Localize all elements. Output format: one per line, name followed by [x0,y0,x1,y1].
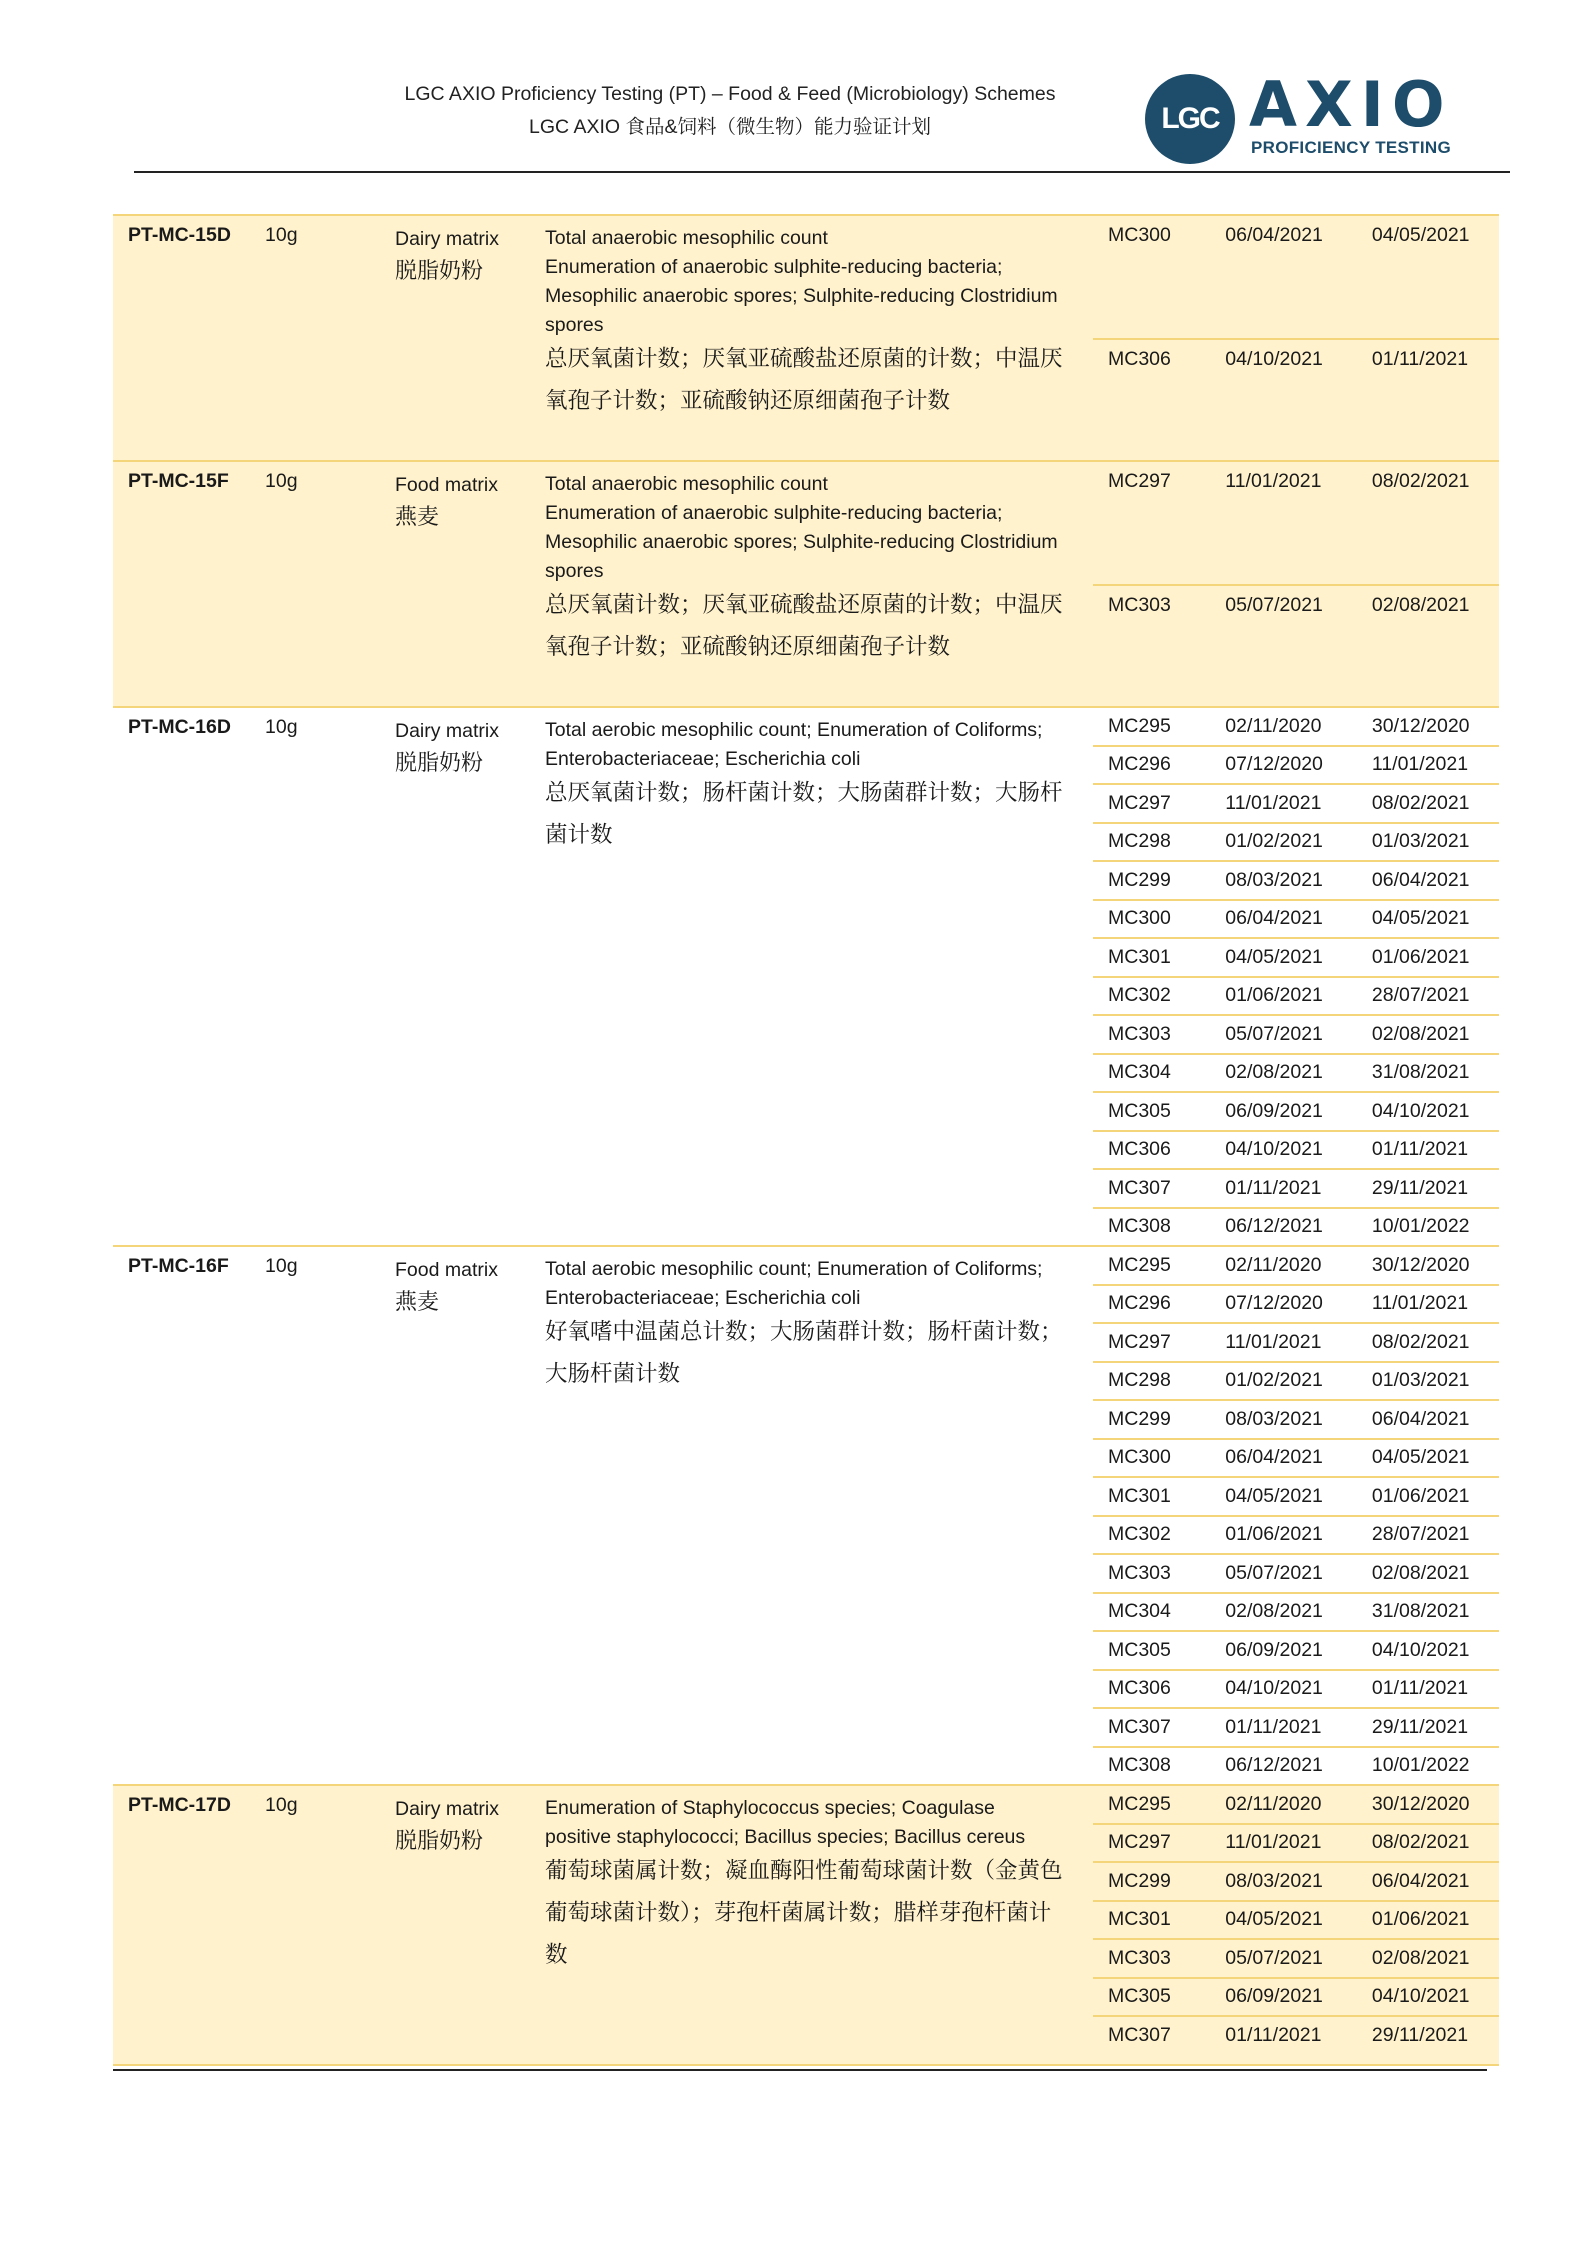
round-code: MC302 [1093,984,1225,1007]
matrix-cn: 燕麦 [395,500,545,534]
lgc-logo-icon: LGC [1145,74,1235,164]
matrix-cn: 脱脂奶粉 [395,1824,545,1858]
round-row: MC30305/07/202102/08/2021 [1093,1014,1499,1053]
round-end-date: 10/01/2022 [1372,1754,1499,1777]
round-end-date: 01/06/2021 [1372,946,1499,969]
sample-size: 10g [263,708,395,1245]
round-code: MC295 [1093,1254,1225,1277]
round-start-date: 04/05/2021 [1225,1908,1372,1931]
round-start-date: 01/02/2021 [1225,830,1372,853]
round-code: MC299 [1093,869,1225,892]
round-start-date: 05/07/2021 [1225,594,1372,617]
lgc-axio-logo: LGC AXIO PROFICIENCY TESTING [1145,72,1485,168]
sample-size: 10g [263,462,395,706]
header-title-cn: LGC AXIO 食品&饲料（微生物）能力验证计划 [360,111,1100,144]
round-end-date: 02/08/2021 [1372,594,1499,617]
matrix-en: Dairy matrix [395,1794,545,1824]
round-end-date: 04/10/2021 [1372,1100,1499,1123]
round-start-date: 04/10/2021 [1225,1138,1372,1161]
round-row: MC29908/03/202106/04/2021 [1093,860,1499,899]
round-start-date: 06/09/2021 [1225,1100,1372,1123]
round-row: MC30506/09/202104/10/2021 [1093,1091,1499,1130]
round-row: MC30506/09/202104/10/2021 [1093,1977,1499,2016]
round-start-date: 11/01/2021 [1225,470,1372,493]
round-start-date: 08/03/2021 [1225,1408,1372,1431]
round-end-date: 01/06/2021 [1372,1485,1499,1508]
matrix-cn: 脱脂奶粉 [395,254,545,288]
scheme-code: PT-MC-17D [113,1786,263,2054]
matrix-cell: Dairy matrix脱脂奶粉 [395,708,545,1245]
round-end-date: 01/03/2021 [1372,830,1499,853]
round-code: MC302 [1093,1523,1225,1546]
analytes-cn: 总厌氧菌计数；厌氧亚硫酸盐还原菌的计数；中温厌氧孢子计数；亚硫酸钠还原细菌孢子计… [545,338,1065,422]
round-end-date: 11/01/2021 [1372,753,1499,776]
scheme-group: PT-MC-16F10gFood matrix燕麦Total aerobic m… [113,1245,1499,1784]
round-row: MC30305/07/202102/08/2021 [1093,584,1499,706]
round-start-date: 04/05/2021 [1225,946,1372,969]
scheme-code: PT-MC-15F [113,462,263,706]
round-start-date: 08/03/2021 [1225,1870,1372,1893]
analytes-cell: Enumeration of Staphylococcus species; C… [545,1786,1075,2054]
round-code: MC297 [1093,470,1225,493]
round-code: MC308 [1093,1754,1225,1777]
round-row: MC29908/03/202106/04/2021 [1093,1399,1499,1438]
round-code: MC300 [1093,1446,1225,1469]
round-row: MC30006/04/202104/05/2021 [1093,1438,1499,1477]
round-end-date: 28/07/2021 [1372,984,1499,1007]
round-end-date: 01/03/2021 [1372,1369,1499,1392]
round-start-date: 05/07/2021 [1225,1947,1372,1970]
round-row: MC30701/11/202129/11/2021 [1093,1168,1499,1207]
matrix-cell: Food matrix燕麦 [395,1247,545,1784]
analytes-en: Total anaerobic mesophilic count Enumera… [545,470,1065,586]
analytes-cell: Total aerobic mesophilic count; Enumerat… [545,1247,1075,1784]
round-code: MC306 [1093,1677,1225,1700]
round-row: MC30402/08/202131/08/2021 [1093,1592,1499,1631]
round-end-date: 30/12/2020 [1372,1793,1499,1816]
round-row: MC29502/11/202030/12/2020 [1093,1247,1499,1284]
round-end-date: 08/02/2021 [1372,470,1499,493]
round-code: MC303 [1093,1947,1225,1970]
header-divider [134,171,1510,173]
round-row: MC30806/12/202110/01/2022 [1093,1746,1499,1785]
round-row: MC29607/12/202011/01/2021 [1093,745,1499,784]
round-start-date: 01/06/2021 [1225,984,1372,1007]
round-start-date: 01/11/2021 [1225,2024,1372,2047]
matrix-cn: 脱脂奶粉 [395,746,545,780]
round-row: MC30806/12/202110/01/2022 [1093,1207,1499,1246]
round-start-date: 04/10/2021 [1225,1677,1372,1700]
round-code: MC300 [1093,907,1225,930]
scheme-group: PT-MC-15F10gFood matrix燕麦Total anaerobic… [113,460,1499,706]
round-code: MC296 [1093,1292,1225,1315]
matrix-en: Food matrix [395,470,545,500]
round-end-date: 04/05/2021 [1372,907,1499,930]
scheme-table: PT-MC-15D10gDairy matrix脱脂奶粉Total anaero… [113,214,1499,2066]
rounds-list: MC29502/11/202030/12/2020MC29607/12/2020… [1075,708,1499,1245]
round-row: MC29502/11/202030/12/2020 [1093,708,1499,745]
round-code: MC299 [1093,1408,1225,1431]
round-code: MC297 [1093,792,1225,815]
round-end-date: 02/08/2021 [1372,1023,1499,1046]
analytes-en: Total aerobic mesophilic count; Enumerat… [545,716,1065,774]
round-row: MC30604/10/202101/11/2021 [1093,1669,1499,1708]
round-code: MC298 [1093,830,1225,853]
round-row: MC29908/03/202106/04/2021 [1093,1861,1499,1900]
round-code: MC303 [1093,594,1225,617]
round-code: MC304 [1093,1600,1225,1623]
round-row: MC29801/02/202101/03/2021 [1093,822,1499,861]
matrix-cell: Dairy matrix脱脂奶粉 [395,216,545,460]
round-start-date: 02/11/2020 [1225,1793,1372,1816]
round-code: MC297 [1093,1831,1225,1854]
round-start-date: 02/08/2021 [1225,1061,1372,1084]
round-code: MC301 [1093,1485,1225,1508]
round-end-date: 28/07/2021 [1372,1523,1499,1546]
round-start-date: 01/06/2021 [1225,1523,1372,1546]
round-code: MC297 [1093,1331,1225,1354]
round-end-date: 01/11/2021 [1372,1677,1499,1700]
round-row: MC30604/10/202101/11/2021 [1093,1130,1499,1169]
round-end-date: 31/08/2021 [1372,1061,1499,1084]
round-end-date: 04/05/2021 [1372,224,1499,247]
round-row: MC30104/05/202101/06/2021 [1093,937,1499,976]
scheme-code: PT-MC-15D [113,216,263,460]
round-row: MC29502/11/202030/12/2020 [1093,1786,1499,1823]
logo-subtitle: PROFICIENCY TESTING [1251,138,1451,158]
round-end-date: 06/04/2021 [1372,1870,1499,1893]
round-row: MC30604/10/202101/11/2021 [1093,338,1499,460]
rounds-list: MC30006/04/202104/05/2021MC30604/10/2021… [1075,216,1499,460]
round-start-date: 01/02/2021 [1225,1369,1372,1392]
round-row: MC30006/04/202104/05/2021 [1093,899,1499,938]
round-row: MC30006/04/202104/05/2021 [1093,216,1499,338]
round-row: MC29711/01/202108/02/2021 [1093,783,1499,822]
matrix-cn: 燕麦 [395,1285,545,1319]
matrix-cell: Food matrix燕麦 [395,462,545,706]
round-start-date: 04/10/2021 [1225,348,1372,371]
scheme-group: PT-MC-15D10gDairy matrix脱脂奶粉Total anaero… [113,214,1499,460]
round-row: MC30402/08/202131/08/2021 [1093,1053,1499,1092]
round-row: MC30305/07/202102/08/2021 [1093,1553,1499,1592]
round-code: MC306 [1093,348,1225,371]
scheme-code: PT-MC-16D [113,708,263,1245]
round-end-date: 04/10/2021 [1372,1985,1499,2008]
round-start-date: 07/12/2020 [1225,753,1372,776]
round-end-date: 01/06/2021 [1372,1908,1499,1931]
rounds-list: MC29502/11/202030/12/2020MC29711/01/2021… [1075,1786,1499,2054]
round-start-date: 04/05/2021 [1225,1485,1372,1508]
round-start-date: 05/07/2021 [1225,1562,1372,1585]
round-row: MC29711/01/202108/02/2021 [1093,462,1499,584]
matrix-en: Dairy matrix [395,716,545,746]
round-code: MC307 [1093,1716,1225,1739]
sample-size: 10g [263,1786,395,2054]
logo-brand: AXIO [1249,72,1453,138]
round-row: MC30201/06/202128/07/2021 [1093,1515,1499,1554]
round-end-date: 04/10/2021 [1372,1639,1499,1662]
round-end-date: 04/05/2021 [1372,1446,1499,1469]
round-end-date: 08/02/2021 [1372,1331,1499,1354]
scheme-group: PT-MC-17D10gDairy matrix脱脂奶粉Enumeration … [113,1784,1499,2066]
round-code: MC300 [1093,224,1225,247]
page-header: LGC AXIO Proficiency Testing (PT) – Food… [0,0,1587,180]
round-end-date: 08/02/2021 [1372,1831,1499,1854]
round-start-date: 01/11/2021 [1225,1716,1372,1739]
header-title: LGC AXIO Proficiency Testing (PT) – Food… [360,78,1100,144]
analytes-cn: 总厌氧菌计数；厌氧亚硫酸盐还原菌的计数；中温厌氧孢子计数；亚硫酸钠还原细菌孢子计… [545,584,1065,668]
round-start-date: 02/11/2020 [1225,715,1372,738]
sample-size: 10g [263,216,395,460]
analytes-cn: 好氧嗜中温菌总计数；大肠菌群计数；肠杆菌计数；大肠杆菌计数 [545,1311,1065,1395]
analytes-cn: 总厌氧菌计数；肠杆菌计数；大肠菌群计数；大肠杆菌计数 [545,772,1065,856]
sample-size: 10g [263,1247,395,1784]
round-start-date: 05/07/2021 [1225,1023,1372,1046]
round-end-date: 02/08/2021 [1372,1947,1499,1970]
round-start-date: 11/01/2021 [1225,1331,1372,1354]
scheme-code: PT-MC-16F [113,1247,263,1784]
round-code: MC296 [1093,753,1225,776]
round-start-date: 02/11/2020 [1225,1254,1372,1277]
analytes-cell: Total anaerobic mesophilic count Enumera… [545,462,1075,706]
round-end-date: 29/11/2021 [1372,1716,1499,1739]
round-start-date: 11/01/2021 [1225,1831,1372,1854]
round-end-date: 01/11/2021 [1372,348,1499,371]
analytes-en: Total aerobic mesophilic count; Enumerat… [545,1255,1065,1313]
round-code: MC305 [1093,1985,1225,2008]
round-row: MC29711/01/202108/02/2021 [1093,1322,1499,1361]
round-code: MC307 [1093,2024,1225,2047]
round-start-date: 06/09/2021 [1225,1639,1372,1662]
scheme-group: PT-MC-16D10gDairy matrix脱脂奶粉Total aerobi… [113,706,1499,1245]
round-code: MC305 [1093,1639,1225,1662]
round-code: MC305 [1093,1100,1225,1123]
round-code: MC301 [1093,1908,1225,1931]
round-row: MC30701/11/202129/11/2021 [1093,2015,1499,2054]
round-end-date: 02/08/2021 [1372,1562,1499,1585]
round-row: MC29711/01/202108/02/2021 [1093,1823,1499,1862]
round-end-date: 01/11/2021 [1372,1138,1499,1161]
round-start-date: 06/09/2021 [1225,1985,1372,2008]
round-code: MC295 [1093,715,1225,738]
round-row: MC29607/12/202011/01/2021 [1093,1284,1499,1323]
analytes-cell: Total aerobic mesophilic count; Enumerat… [545,708,1075,1245]
matrix-cell: Dairy matrix脱脂奶粉 [395,1786,545,2054]
round-start-date: 08/03/2021 [1225,869,1372,892]
round-code: MC303 [1093,1562,1225,1585]
round-end-date: 30/12/2020 [1372,715,1499,738]
round-row: MC30305/07/202102/08/2021 [1093,1938,1499,1977]
analytes-cn: 葡萄球菌属计数；凝血酶阳性葡萄球菌计数（金黄色葡萄球菌计数）；芽孢杆菌属计数；腊… [545,1850,1065,1976]
round-start-date: 11/01/2021 [1225,792,1372,815]
round-row: MC30201/06/202128/07/2021 [1093,976,1499,1015]
footer-divider [113,2069,1487,2071]
round-code: MC301 [1093,946,1225,969]
round-row: MC30104/05/202101/06/2021 [1093,1476,1499,1515]
round-row: MC29801/02/202101/03/2021 [1093,1361,1499,1400]
round-code: MC308 [1093,1215,1225,1238]
round-start-date: 07/12/2020 [1225,1292,1372,1315]
round-start-date: 06/12/2021 [1225,1754,1372,1777]
round-end-date: 06/04/2021 [1372,869,1499,892]
round-code: MC306 [1093,1138,1225,1161]
round-row: MC30506/09/202104/10/2021 [1093,1630,1499,1669]
round-start-date: 02/08/2021 [1225,1600,1372,1623]
round-end-date: 10/01/2022 [1372,1215,1499,1238]
round-row: MC30701/11/202129/11/2021 [1093,1707,1499,1746]
round-end-date: 29/11/2021 [1372,1177,1499,1200]
round-start-date: 06/04/2021 [1225,1446,1372,1469]
round-end-date: 31/08/2021 [1372,1600,1499,1623]
analytes-en: Total anaerobic mesophilic count Enumera… [545,224,1065,340]
rounds-list: MC29502/11/202030/12/2020MC29607/12/2020… [1075,1247,1499,1784]
round-end-date: 06/04/2021 [1372,1408,1499,1431]
round-start-date: 06/04/2021 [1225,224,1372,247]
round-start-date: 01/11/2021 [1225,1177,1372,1200]
round-code: MC303 [1093,1023,1225,1046]
matrix-en: Dairy matrix [395,224,545,254]
round-code: MC295 [1093,1793,1225,1816]
round-code: MC307 [1093,1177,1225,1200]
analytes-en: Enumeration of Staphylococcus species; C… [545,1794,1065,1852]
round-row: MC30104/05/202101/06/2021 [1093,1900,1499,1939]
round-end-date: 08/02/2021 [1372,792,1499,815]
analytes-cell: Total anaerobic mesophilic count Enumera… [545,216,1075,460]
rounds-list: MC29711/01/202108/02/2021MC30305/07/2021… [1075,462,1499,706]
round-code: MC298 [1093,1369,1225,1392]
matrix-en: Food matrix [395,1255,545,1285]
round-end-date: 29/11/2021 [1372,2024,1499,2047]
round-start-date: 06/04/2021 [1225,907,1372,930]
round-end-date: 30/12/2020 [1372,1254,1499,1277]
round-code: MC299 [1093,1870,1225,1893]
round-code: MC304 [1093,1061,1225,1084]
header-title-en: LGC AXIO Proficiency Testing (PT) – Food… [360,78,1100,111]
round-start-date: 06/12/2021 [1225,1215,1372,1238]
round-end-date: 11/01/2021 [1372,1292,1499,1315]
